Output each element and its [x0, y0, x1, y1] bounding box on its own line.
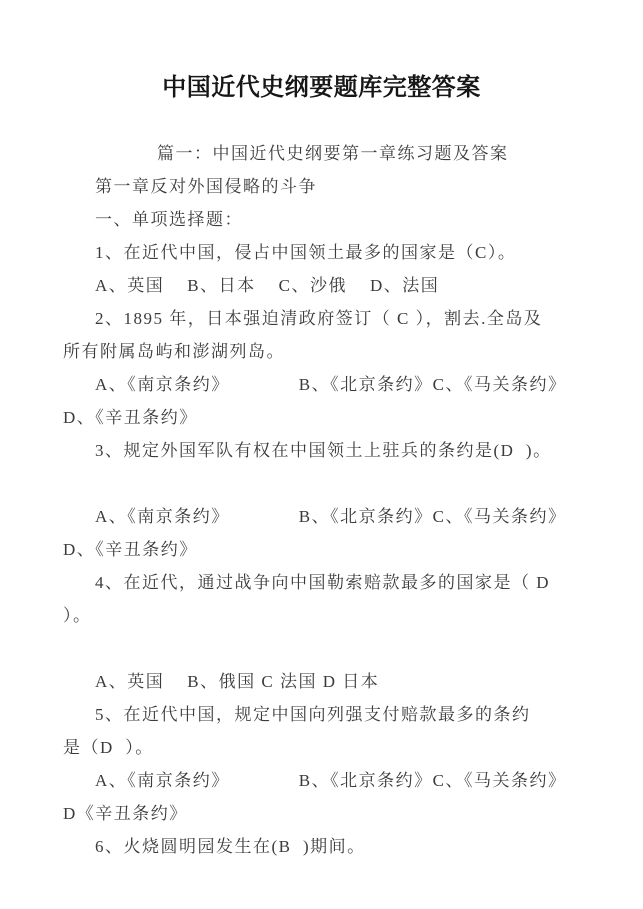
question-5: 5、在近代中国，规定中国向列强支付赔款最多的条约 是（D ）。: [63, 698, 580, 764]
question-4: 4、在近代，通过战争向中国勒索赔款最多的国家是（ D ）。: [63, 566, 580, 632]
question-3: 3、规定外国军队有权在中国领土上驻兵的条约是(D )。: [63, 434, 580, 467]
question-2: 2、1895 年，日本强迫清政府签订（ C ），割去.全岛及 所有附属岛屿和澎湖…: [63, 302, 580, 368]
blank-line: [63, 632, 580, 665]
section-type-heading: 一、单项选择题：: [63, 203, 580, 236]
chapter-heading: 第一章反对外国侵略的斗争: [63, 170, 580, 203]
options-5: A、《南京条约》 B、《北京条约》C、《马关条约》 D《辛丑条约》: [63, 764, 580, 830]
question-6: 6、火烧圆明园发生在(B )期间。: [63, 830, 580, 863]
options-2: A、《南京条约》 B、《北京条约》C、《马关条约》 D、《辛丑条约》: [63, 368, 580, 434]
options-3: A、《南京条约》 B、《北京条约》C、《马关条约》 D、《辛丑条约》: [63, 500, 580, 566]
question-1: 1、在近代中国，侵占中国领土最多的国家是（C）。: [63, 236, 580, 269]
document-title: 中国近代史纲要题库完整答案: [63, 70, 580, 106]
section-intro: 篇一：中国近代史纲要第一章练习题及答案: [63, 137, 580, 170]
options-4: A、英国 B、俄国 C 法国 D 日本: [63, 665, 580, 698]
options-1: A、英国 B、日本 C、沙俄 D、法国: [63, 269, 580, 302]
blank-line: [63, 467, 580, 500]
document-page: 中国近代史纲要题库完整答案 篇一：中国近代史纲要第一章练习题及答案 第一章反对外…: [0, 0, 643, 909]
